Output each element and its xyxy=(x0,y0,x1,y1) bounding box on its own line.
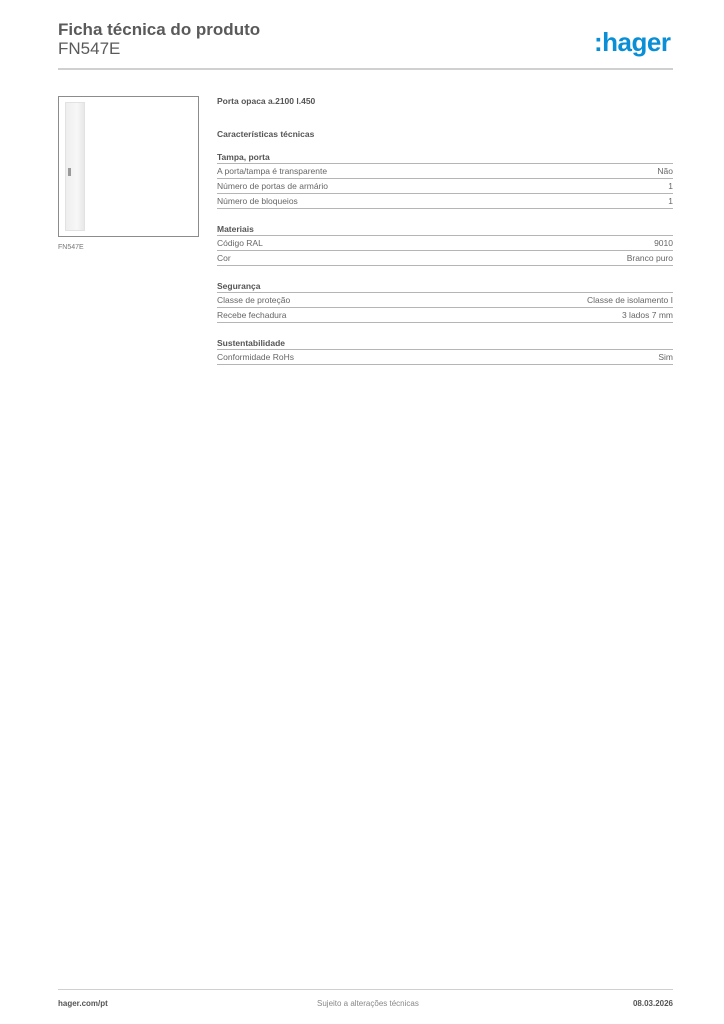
spec-value: 3 lados 7 mm xyxy=(622,308,673,322)
spec-label: Cor xyxy=(217,251,231,265)
spec-label: Classe de proteção xyxy=(217,293,290,307)
spec-value: 1 xyxy=(668,194,673,208)
page-title: Ficha técnica do produto xyxy=(58,20,260,40)
group-title: Tampa, porta xyxy=(217,152,673,164)
product-code: FN547E xyxy=(58,39,120,59)
footer-website-link[interactable]: hager.com/pt xyxy=(58,999,108,1008)
footer-date: 08.03.2026 xyxy=(633,999,673,1008)
spec-row: Código RAL9010 xyxy=(217,236,673,251)
spec-group: SustentabilidadeConformidade RoHsSim xyxy=(217,338,673,365)
spec-value: Não xyxy=(657,164,673,178)
spec-label: Número de bloqueios xyxy=(217,194,298,208)
spec-row: Recebe fechadura3 lados 7 mm xyxy=(217,308,673,323)
spec-value: Sim xyxy=(658,350,673,364)
group-title: Sustentabilidade xyxy=(217,338,673,350)
spec-row: CorBranco puro xyxy=(217,251,673,266)
spec-row: Número de portas de armário1 xyxy=(217,179,673,194)
spec-content: Porta opaca a.2100 l.450 Características… xyxy=(217,96,673,365)
spec-label: Código RAL xyxy=(217,236,263,250)
header-divider xyxy=(58,68,673,70)
spec-groups: Tampa, portaA porta/tampa é transparente… xyxy=(217,152,673,365)
spec-label: A porta/tampa é transparente xyxy=(217,164,327,178)
spec-label: Recebe fechadura xyxy=(217,308,286,322)
spec-label: Número de portas de armário xyxy=(217,179,328,193)
spec-group: SegurançaClasse de proteçãoClasse de iso… xyxy=(217,281,673,323)
image-caption: FN547E xyxy=(58,244,84,251)
spec-group: MateriaisCódigo RAL9010CorBranco puro xyxy=(217,224,673,266)
spec-value: 1 xyxy=(668,179,673,193)
product-name: Porta opaca a.2100 l.450 xyxy=(217,96,673,110)
spec-value: Branco puro xyxy=(627,251,673,265)
spec-value: 9010 xyxy=(654,236,673,250)
spec-group: Tampa, portaA porta/tampa é transparente… xyxy=(217,152,673,209)
spec-row: Classe de proteçãoClasse de isolamento I xyxy=(217,293,673,308)
spec-row: Número de bloqueios1 xyxy=(217,194,673,209)
handle-icon xyxy=(68,168,71,176)
footer-notice: Sujeito a alterações técnicas xyxy=(317,999,419,1008)
spec-row: Conformidade RoHsSim xyxy=(217,350,673,365)
spec-value: Classe de isolamento I xyxy=(587,293,673,307)
group-title: Segurança xyxy=(217,281,673,293)
product-image xyxy=(58,96,199,237)
spec-row: A porta/tampa é transparenteNão xyxy=(217,164,673,179)
door-icon xyxy=(65,102,85,231)
footer-divider xyxy=(58,989,673,990)
hager-logo: :hager xyxy=(594,27,670,58)
section-heading: Características técnicas xyxy=(217,129,673,141)
group-title: Materiais xyxy=(217,224,673,236)
spec-label: Conformidade RoHs xyxy=(217,350,294,364)
